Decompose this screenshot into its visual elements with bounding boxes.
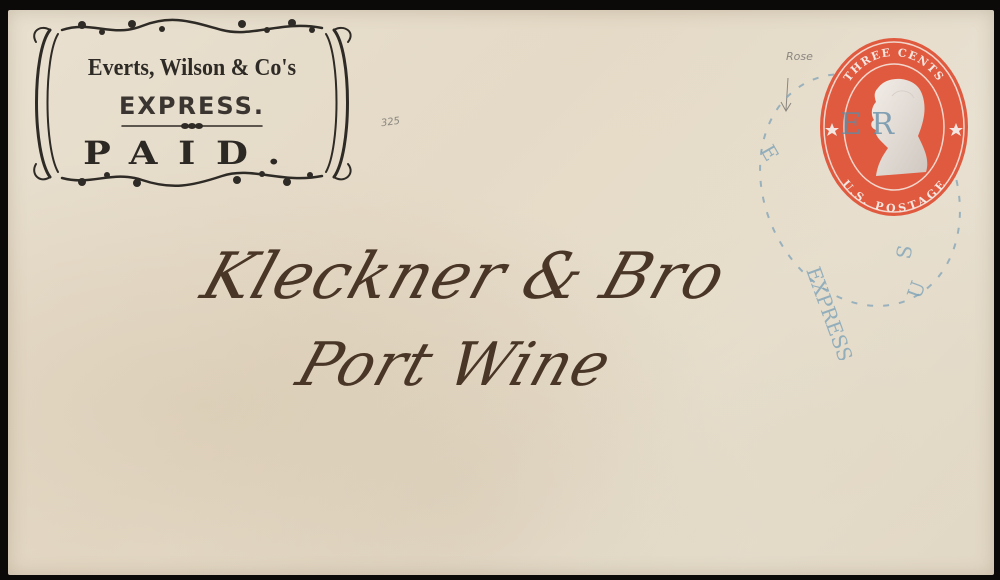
label-express: EXPRESS.: [22, 92, 362, 120]
svg-text:S: S: [891, 243, 917, 261]
address-line-1: Kleckner & Bro: [193, 240, 735, 314]
svg-text:E R: E R: [840, 107, 895, 142]
three-cent-stamp-icon: THREE CENTS U.S. POSTAGE E R: [818, 36, 970, 218]
label-company-name: Everts, Wilson & Co's: [22, 52, 362, 81]
cancel-text: EXPRESS: [801, 264, 857, 360]
svg-text:E: E: [756, 141, 784, 166]
express-label: Everts, Wilson & Co's EXPRESS. PAID.: [22, 12, 362, 192]
svg-text:U: U: [902, 278, 930, 302]
address-line-2: Port Wine: [289, 330, 621, 400]
label-paid: PAID.: [0, 134, 388, 172]
